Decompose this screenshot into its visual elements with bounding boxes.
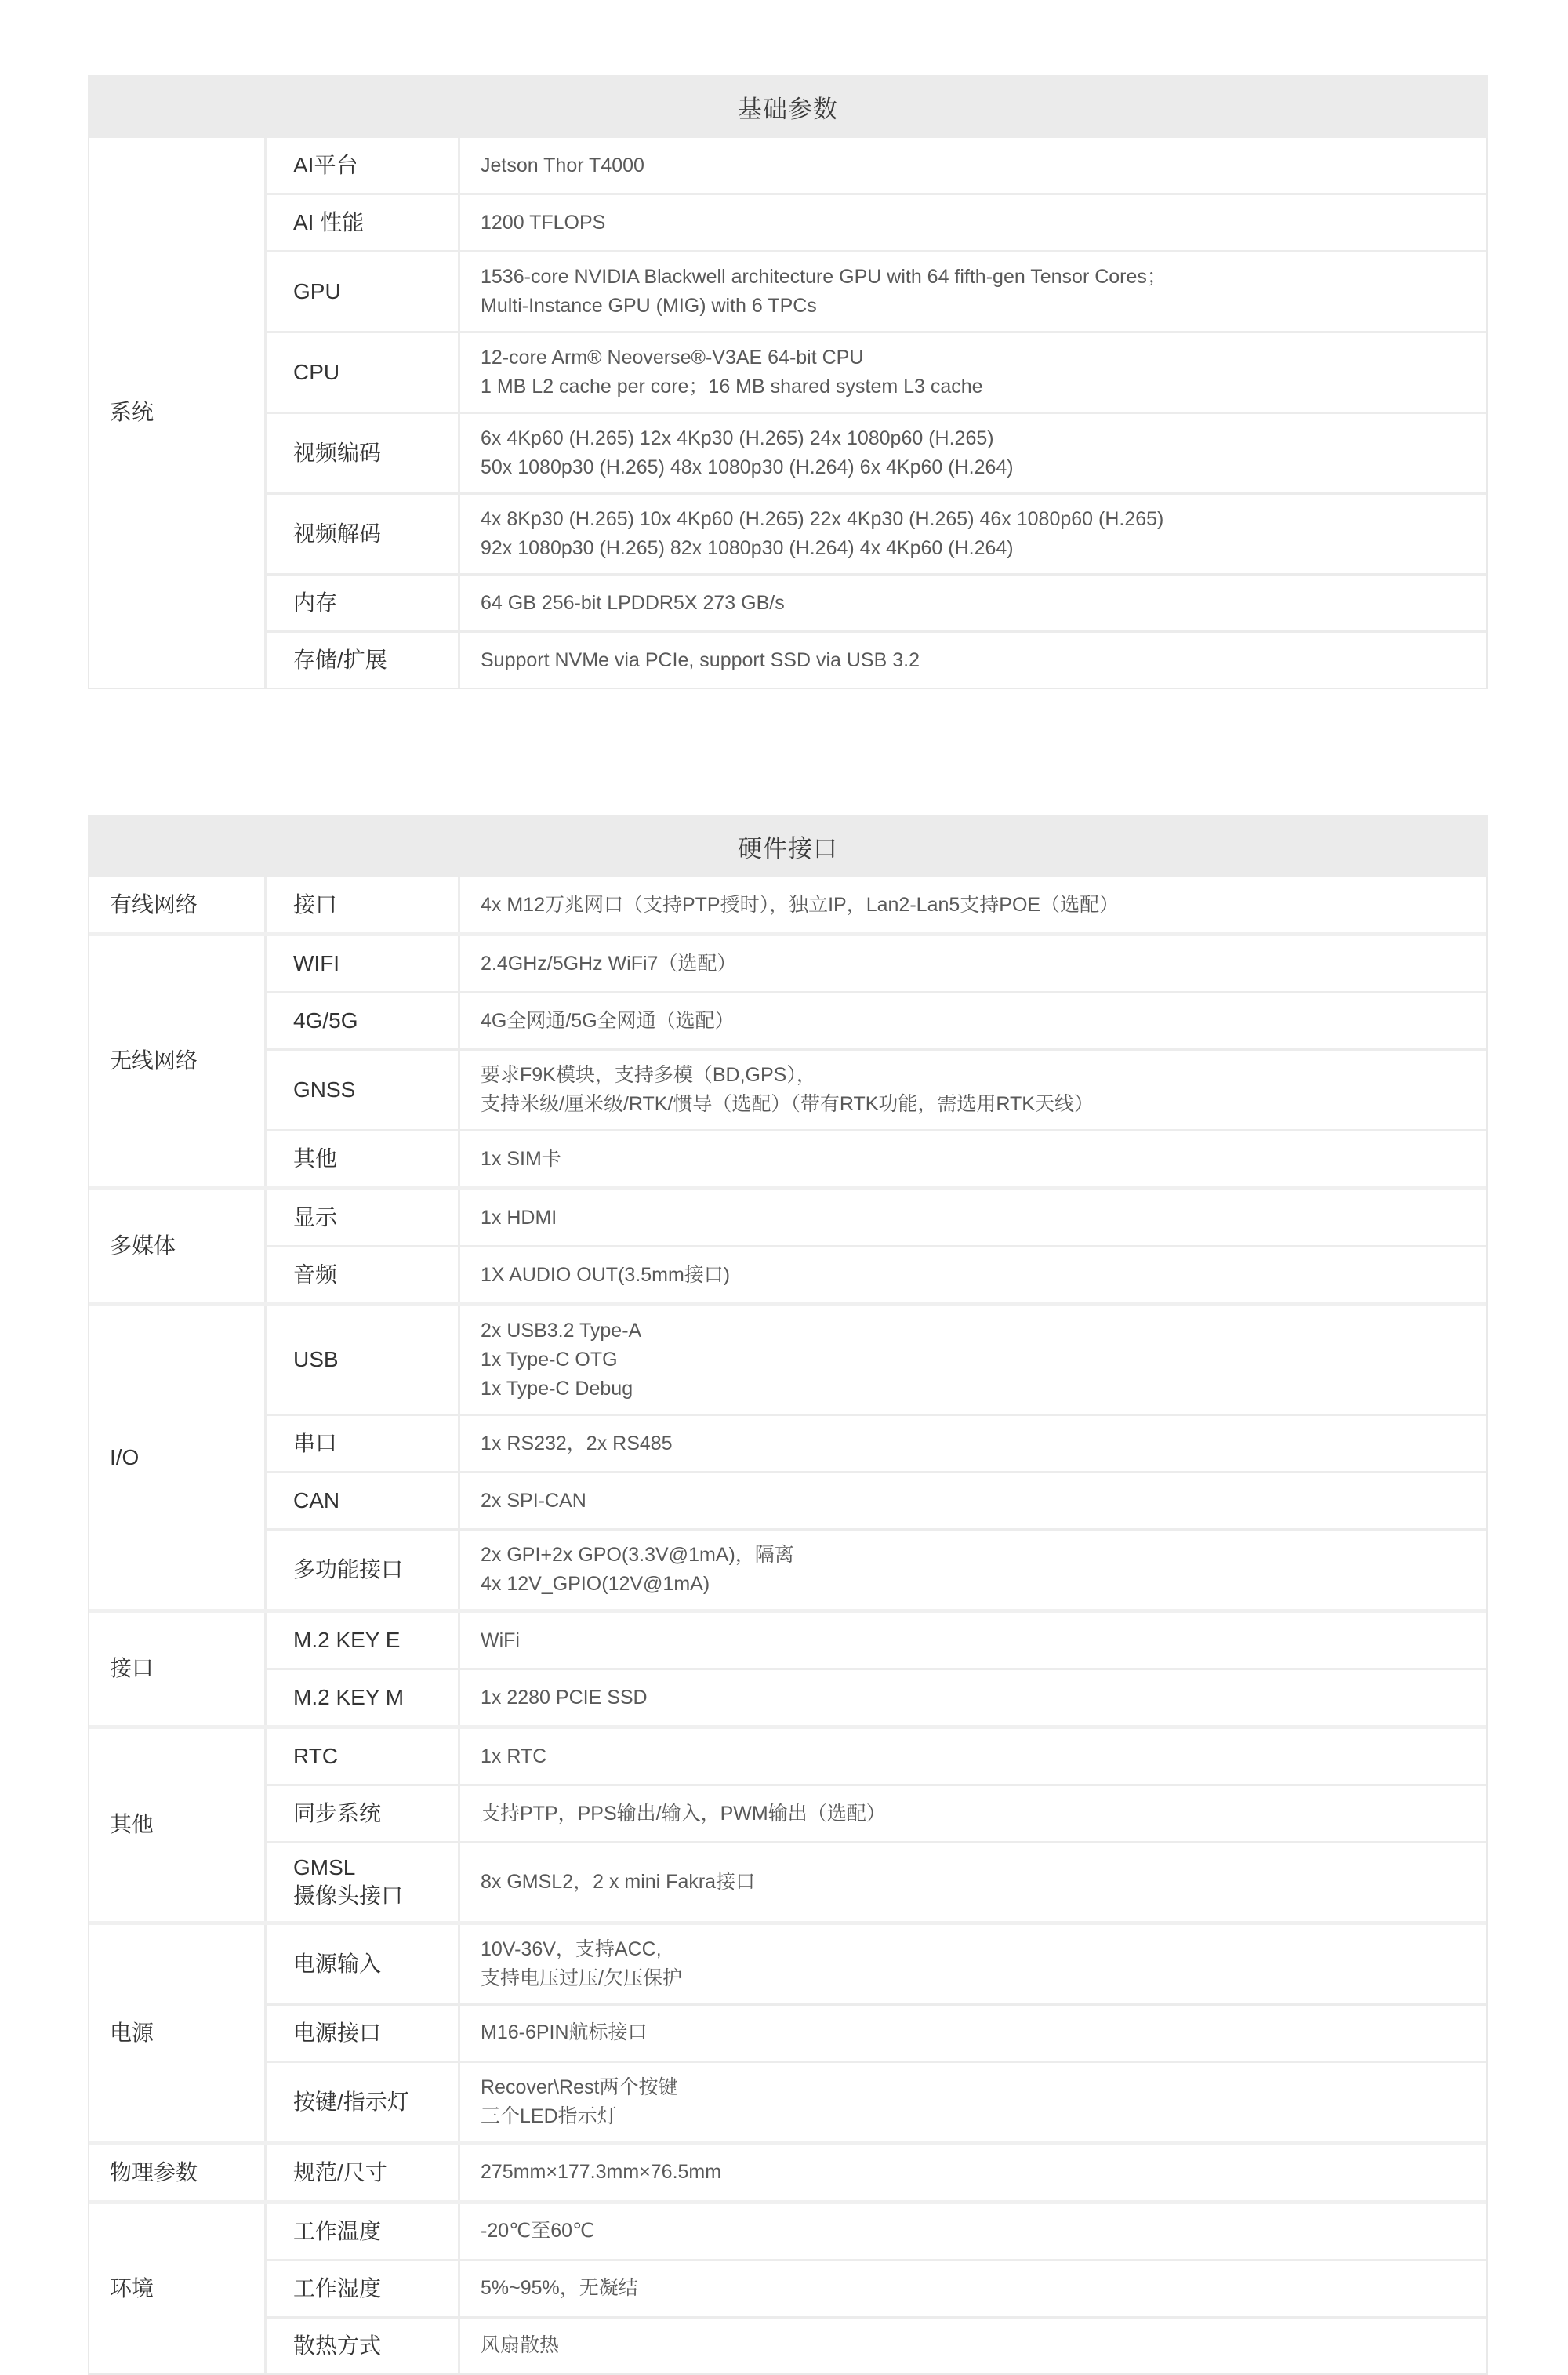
group-rows: AI平台Jetson Thor T4000AI 性能1200 TFLOPSGPU… bbox=[267, 138, 1486, 688]
spec-value: Jetson Thor T4000 bbox=[460, 138, 1486, 193]
spec-value: 1X AUDIO OUT(3.5mm接口) bbox=[460, 1247, 1486, 1302]
spec-value: Support NVMe via PCIe, support SSD via U… bbox=[460, 633, 1486, 688]
spec-label: M.2 KEY M bbox=[267, 1670, 460, 1725]
category-group: 多媒体显示1x HDMI音频1X AUDIO OUT(3.5mm接口) bbox=[89, 1186, 1486, 1302]
category-group: 系统AI平台Jetson Thor T4000AI 性能1200 TFLOPSG… bbox=[89, 138, 1486, 688]
category-cell: 物理参数 bbox=[89, 2145, 267, 2200]
group-rows: M.2 KEY EWiFiM.2 KEY M1x 2280 PCIE SSD bbox=[267, 1613, 1486, 1725]
category-cell: 接口 bbox=[89, 1613, 267, 1725]
spec-value: 1x 2280 PCIE SSD bbox=[460, 1670, 1486, 1725]
table-row: 多功能接口2x GPI+2x GPO(3.3V@1mA)，隔离 4x 12V_G… bbox=[267, 1528, 1486, 1609]
spec-label: 音频 bbox=[267, 1247, 460, 1302]
spec-value: M16-6PIN航标接口 bbox=[460, 2006, 1486, 2061]
table-row: 内存64 GB 256-bit LPDDR5X 273 GB/s bbox=[267, 573, 1486, 630]
spec-label: M.2 KEY E bbox=[267, 1613, 460, 1668]
spec-label: 工作温度 bbox=[267, 2204, 460, 2259]
spec-label: AI 性能 bbox=[267, 195, 460, 250]
spec-value: 2x GPI+2x GPO(3.3V@1mA)，隔离 4x 12V_GPIO(1… bbox=[460, 1531, 1486, 1609]
spec-value: 4G全网通/5G全网通（选配） bbox=[460, 993, 1486, 1048]
group-rows: 规范/尺寸275mm×177.3mm×76.5mm bbox=[267, 2145, 1486, 2200]
category-group: 环境工作温度-20℃至60℃工作湿度5%~95%，无凝结散热方式风扇散热 bbox=[89, 2200, 1486, 2373]
spec-label: USB bbox=[267, 1306, 460, 1414]
spec-value: 275mm×177.3mm×76.5mm bbox=[460, 2145, 1486, 2200]
table-header: 基础参数 bbox=[88, 75, 1488, 138]
spec-value: 5%~95%，无凝结 bbox=[460, 2261, 1486, 2316]
group-rows: USB2x USB3.2 Type-A 1x Type-C OTG 1x Typ… bbox=[267, 1306, 1486, 1609]
table-row: GNSS要求F9K模块，支持多模（BD,GPS）， 支持米级/厘米级/RTK/惯… bbox=[267, 1048, 1486, 1129]
spec-value: 1x SIM卡 bbox=[460, 1131, 1486, 1186]
category-group: 有线网络接口4x M12万兆网口（支持PTP授时），独立IP，Lan2-Lan5… bbox=[89, 877, 1486, 932]
table-row: CPU12-core Arm® Neoverse®-V3AE 64-bit CP… bbox=[267, 331, 1486, 412]
group-rows: RTC1x RTC同步系统支持PTP，PPS输出/输入，PWM输出（选配）GMS… bbox=[267, 1729, 1486, 1921]
spec-table-hardware-interfaces: 硬件接口有线网络接口4x M12万兆网口（支持PTP授时），独立IP，Lan2-… bbox=[88, 815, 1488, 2375]
table-row: M.2 KEY EWiFi bbox=[267, 1613, 1486, 1668]
category-cell: 环境 bbox=[89, 2204, 267, 2373]
category-cell: 系统 bbox=[89, 138, 267, 688]
spec-value: 要求F9K模块，支持多模（BD,GPS）， 支持米级/厘米级/RTK/惯导（选配… bbox=[460, 1051, 1486, 1129]
category-cell: I/O bbox=[89, 1306, 267, 1609]
table-row: 视频编码6x 4Kp60 (H.265) 12x 4Kp30 (H.265) 2… bbox=[267, 412, 1486, 492]
spec-value: 10V-36V，支持ACC, 支持电压过压/欠压保护 bbox=[460, 1925, 1486, 2003]
spec-label: RTC bbox=[267, 1729, 460, 1784]
table-row: 4G/5G4G全网通/5G全网通（选配） bbox=[267, 991, 1486, 1048]
spec-label: GPU bbox=[267, 252, 460, 331]
spec-value: 2x USB3.2 Type-A 1x Type-C OTG 1x Type-C… bbox=[460, 1306, 1486, 1414]
spec-label: 显示 bbox=[267, 1190, 460, 1245]
group-rows: 电源输入10V-36V，支持ACC, 支持电压过压/欠压保护电源接口M16-6P… bbox=[267, 1925, 1486, 2141]
spec-label: CPU bbox=[267, 333, 460, 412]
spec-value: 64 GB 256-bit LPDDR5X 273 GB/s bbox=[460, 576, 1486, 630]
spec-label: AI平台 bbox=[267, 138, 460, 193]
category-cell: 其他 bbox=[89, 1729, 267, 1921]
spec-label: 电源输入 bbox=[267, 1925, 460, 2003]
spec-label: CAN bbox=[267, 1473, 460, 1528]
spec-value: 风扇散热 bbox=[460, 2319, 1486, 2373]
spec-value: 6x 4Kp60 (H.265) 12x 4Kp30 (H.265) 24x 1… bbox=[460, 414, 1486, 492]
spec-label: 按键/指示灯 bbox=[267, 2063, 460, 2141]
spec-label: GMSL 摄像头接口 bbox=[267, 1843, 460, 1921]
spec-value: 1x HDMI bbox=[460, 1190, 1486, 1245]
category-cell: 多媒体 bbox=[89, 1190, 267, 1302]
group-rows: 接口4x M12万兆网口（支持PTP授时），独立IP，Lan2-Lan5支持PO… bbox=[267, 877, 1486, 932]
table-row: AI平台Jetson Thor T4000 bbox=[267, 138, 1486, 193]
spec-label: 散热方式 bbox=[267, 2319, 460, 2373]
spec-label: 规范/尺寸 bbox=[267, 2145, 460, 2200]
category-cell: 无线网络 bbox=[89, 936, 267, 1186]
category-group: 接口M.2 KEY EWiFiM.2 KEY M1x 2280 PCIE SSD bbox=[89, 1609, 1486, 1725]
spec-value: 2x SPI-CAN bbox=[460, 1473, 1486, 1528]
spec-label: 多功能接口 bbox=[267, 1531, 460, 1609]
spec-label: 内存 bbox=[267, 576, 460, 630]
table-row: 接口4x M12万兆网口（支持PTP授时），独立IP，Lan2-Lan5支持PO… bbox=[267, 877, 1486, 932]
table-row: AI 性能1200 TFLOPS bbox=[267, 193, 1486, 250]
table-row: 显示1x HDMI bbox=[267, 1190, 1486, 1245]
spec-value: 1200 TFLOPS bbox=[460, 195, 1486, 250]
category-group: 无线网络WIFI2.4GHz/5GHz WiFi7（选配）4G/5G4G全网通/… bbox=[89, 932, 1486, 1186]
table-row: 电源接口M16-6PIN航标接口 bbox=[267, 2003, 1486, 2061]
table-body: 系统AI平台Jetson Thor T4000AI 性能1200 TFLOPSG… bbox=[88, 138, 1488, 689]
table-row: 按键/指示灯Recover\Rest两个按键 三个LED指示灯 bbox=[267, 2061, 1486, 2141]
table-row: RTC1x RTC bbox=[267, 1729, 1486, 1784]
spec-value: Recover\Rest两个按键 三个LED指示灯 bbox=[460, 2063, 1486, 2141]
table-row: GMSL 摄像头接口8x GMSL2，2 x mini Fakra接口 bbox=[267, 1841, 1486, 1921]
spec-value: 1x RTC bbox=[460, 1729, 1486, 1784]
category-cell: 电源 bbox=[89, 1925, 267, 2141]
spec-value: 12-core Arm® Neoverse®-V3AE 64-bit CPU 1… bbox=[460, 333, 1486, 412]
table-row: GPU1536-core NVIDIA Blackwell architectu… bbox=[267, 250, 1486, 331]
category-group: 物理参数规范/尺寸275mm×177.3mm×76.5mm bbox=[89, 2141, 1486, 2200]
spec-label: 串口 bbox=[267, 1416, 460, 1471]
spec-label: 同步系统 bbox=[267, 1786, 460, 1841]
table-row: 规范/尺寸275mm×177.3mm×76.5mm bbox=[267, 2145, 1486, 2200]
spec-value: -20℃至60℃ bbox=[460, 2204, 1486, 2259]
spec-value: 2.4GHz/5GHz WiFi7（选配） bbox=[460, 936, 1486, 991]
spec-label: 其他 bbox=[267, 1131, 460, 1186]
spec-value: 1536-core NVIDIA Blackwell architecture … bbox=[460, 252, 1486, 331]
spec-value: WiFi bbox=[460, 1613, 1486, 1668]
spec-label: 电源接口 bbox=[267, 2006, 460, 2061]
group-rows: 显示1x HDMI音频1X AUDIO OUT(3.5mm接口) bbox=[267, 1190, 1486, 1302]
table-row: 工作温度-20℃至60℃ bbox=[267, 2204, 1486, 2259]
group-rows: WIFI2.4GHz/5GHz WiFi7（选配）4G/5G4G全网通/5G全网… bbox=[267, 936, 1486, 1186]
spec-label: WIFI bbox=[267, 936, 460, 991]
spec-label: 视频编码 bbox=[267, 414, 460, 492]
table-title: 基础参数 bbox=[738, 89, 838, 125]
table-row: WIFI2.4GHz/5GHz WiFi7（选配） bbox=[267, 936, 1486, 991]
table-row: M.2 KEY M1x 2280 PCIE SSD bbox=[267, 1668, 1486, 1725]
table-title: 硬件接口 bbox=[738, 829, 838, 864]
table-row: 散热方式风扇散热 bbox=[267, 2316, 1486, 2373]
table-row: 电源输入10V-36V，支持ACC, 支持电压过压/欠压保护 bbox=[267, 1925, 1486, 2003]
table-row: 视频解码4x 8Kp30 (H.265) 10x 4Kp60 (H.265) 2… bbox=[267, 492, 1486, 573]
category-cell: 有线网络 bbox=[89, 877, 267, 932]
spec-label: 视频解码 bbox=[267, 495, 460, 573]
group-rows: 工作温度-20℃至60℃工作湿度5%~95%，无凝结散热方式风扇散热 bbox=[267, 2204, 1486, 2373]
spec-label: 接口 bbox=[267, 877, 460, 932]
category-group: I/OUSB2x USB3.2 Type-A 1x Type-C OTG 1x … bbox=[89, 1302, 1486, 1609]
spec-value: 4x M12万兆网口（支持PTP授时），独立IP，Lan2-Lan5支持POE（… bbox=[460, 877, 1486, 932]
spec-value: 支持PTP，PPS输出/输入，PWM输出（选配） bbox=[460, 1786, 1486, 1841]
table-row: 同步系统支持PTP，PPS输出/输入，PWM输出（选配） bbox=[267, 1784, 1486, 1841]
table-header: 硬件接口 bbox=[88, 815, 1488, 877]
table-row: 其他1x SIM卡 bbox=[267, 1129, 1486, 1186]
table-row: USB2x USB3.2 Type-A 1x Type-C OTG 1x Typ… bbox=[267, 1306, 1486, 1414]
table-row: 存储/扩展Support NVMe via PCIe, support SSD … bbox=[267, 630, 1486, 688]
table-row: 音频1X AUDIO OUT(3.5mm接口) bbox=[267, 1245, 1486, 1302]
spec-value: 8x GMSL2，2 x mini Fakra接口 bbox=[460, 1843, 1486, 1921]
category-group: 电源电源输入10V-36V，支持ACC, 支持电压过压/欠压保护电源接口M16-… bbox=[89, 1921, 1486, 2141]
spec-label: 存储/扩展 bbox=[267, 633, 460, 688]
table-row: CAN2x SPI-CAN bbox=[267, 1471, 1486, 1528]
spec-value: 1x RS232，2x RS485 bbox=[460, 1416, 1486, 1471]
table-row: 串口1x RS232，2x RS485 bbox=[267, 1414, 1486, 1471]
spec-sheet: 基础参数系统AI平台Jetson Thor T4000AI 性能1200 TFL… bbox=[0, 0, 1568, 2375]
spec-label: GNSS bbox=[267, 1051, 460, 1129]
spec-label: 工作湿度 bbox=[267, 2261, 460, 2316]
table-body: 有线网络接口4x M12万兆网口（支持PTP授时），独立IP，Lan2-Lan5… bbox=[88, 877, 1488, 2375]
spec-label: 4G/5G bbox=[267, 993, 460, 1048]
spec-value: 4x 8Kp30 (H.265) 10x 4Kp60 (H.265) 22x 4… bbox=[460, 495, 1486, 573]
table-row: 工作湿度5%~95%，无凝结 bbox=[267, 2259, 1486, 2316]
category-group: 其他RTC1x RTC同步系统支持PTP，PPS输出/输入，PWM输出（选配）G… bbox=[89, 1725, 1486, 1921]
spec-table-basic-params: 基础参数系统AI平台Jetson Thor T4000AI 性能1200 TFL… bbox=[88, 0, 1488, 689]
